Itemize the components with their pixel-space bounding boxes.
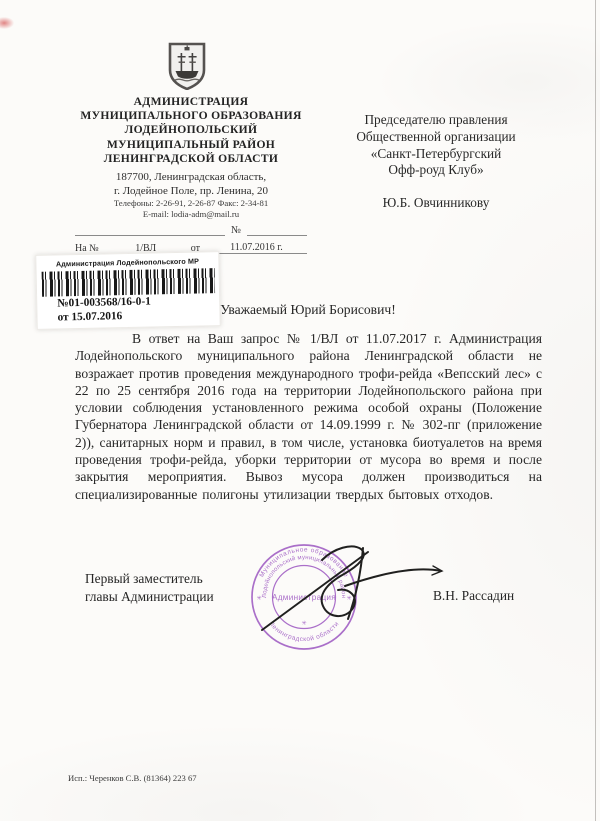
recipient-line: «Санкт-Петербургский	[345, 146, 527, 163]
signer-position: Первый заместитель главы Администрации	[85, 570, 214, 605]
reply-to-label: На №	[75, 243, 107, 254]
signature-diagonal-stroke	[262, 552, 368, 630]
recipient-name: Ю.Б. Овчинникову	[345, 195, 527, 212]
signer-position-line: Первый заместитель	[85, 570, 214, 588]
recipient-line: Председателю правления	[345, 112, 527, 129]
executor-note: Исп.: Черенков С.В. (81364) 223 67	[68, 773, 197, 783]
letterhead-contacts: 187700, Ленинградская область, г. Лодейн…	[56, 171, 326, 220]
red-ink-mark	[0, 17, 14, 29]
barcode	[42, 268, 215, 297]
signer-position-line: главы Администрации	[85, 588, 214, 606]
org-line: МУНИЦИПАЛЬНОГО ОБРАЗОВАНИЯ	[56, 109, 326, 123]
registration-sticker: Администрация Лодейнопольского МР №01-00…	[35, 251, 221, 330]
recipient-line: Общественной организации	[345, 129, 527, 146]
reply-date-value: 11.07.2016 г.	[206, 242, 307, 254]
scan-edge-artifact	[595, 0, 596, 821]
phone-fax-line: Телефоны: 2-26-91, 2-26-87 Факс: 2-34-81	[56, 198, 326, 209]
handwritten-signature	[240, 535, 455, 660]
outgoing-number-row: №	[75, 222, 307, 236]
blank-date-line	[247, 223, 307, 236]
postal-address-line: 187700, Ленинградская область,	[56, 171, 326, 185]
org-line: АДМИНИСТРАЦИЯ	[56, 95, 326, 109]
email-line: E-mail: lodia-adm@mail.ru	[56, 209, 326, 220]
org-line: ЛЕНИНГРАДСКОЙ ОБЛАСТИ	[56, 152, 326, 166]
sticker-org-title: Администрация Лодейнопольского МР	[36, 256, 218, 269]
coat-of-arms-icon	[168, 42, 206, 90]
letterhead-org-name: АДМИНИСТРАЦИЯ МУНИЦИПАЛЬНОГО ОБРАЗОВАНИЯ…	[56, 95, 326, 166]
number-sign-label: №	[225, 225, 247, 236]
org-line: ЛОДЕЙНОПОЛЬСКИЙ	[56, 123, 326, 137]
reference-block: № На № 1/ВЛ от 11.07.2016 г.	[75, 222, 307, 254]
recipient-block: Председателю правления Общественной орга…	[345, 112, 527, 212]
blank-number-line	[75, 223, 225, 236]
scanned-letter-page: АДМИНИСТРАЦИЯ МУНИЦИПАЛЬНОГО ОБРАЗОВАНИЯ…	[0, 0, 600, 821]
salutation: Уважаемый Юрий Борисович!	[75, 302, 541, 318]
org-line: МУНИЦИПАЛЬНЫЙ РАЙОН	[56, 138, 326, 152]
letter-body-paragraph: В ответ на Ваш запрос № 1/ВЛ от 11.07.20…	[75, 330, 542, 503]
postal-address-line: г. Лодейное Поле, пр. Ленина, 20	[56, 185, 326, 199]
recipient-line: Офф-роуд Клуб»	[345, 162, 527, 179]
